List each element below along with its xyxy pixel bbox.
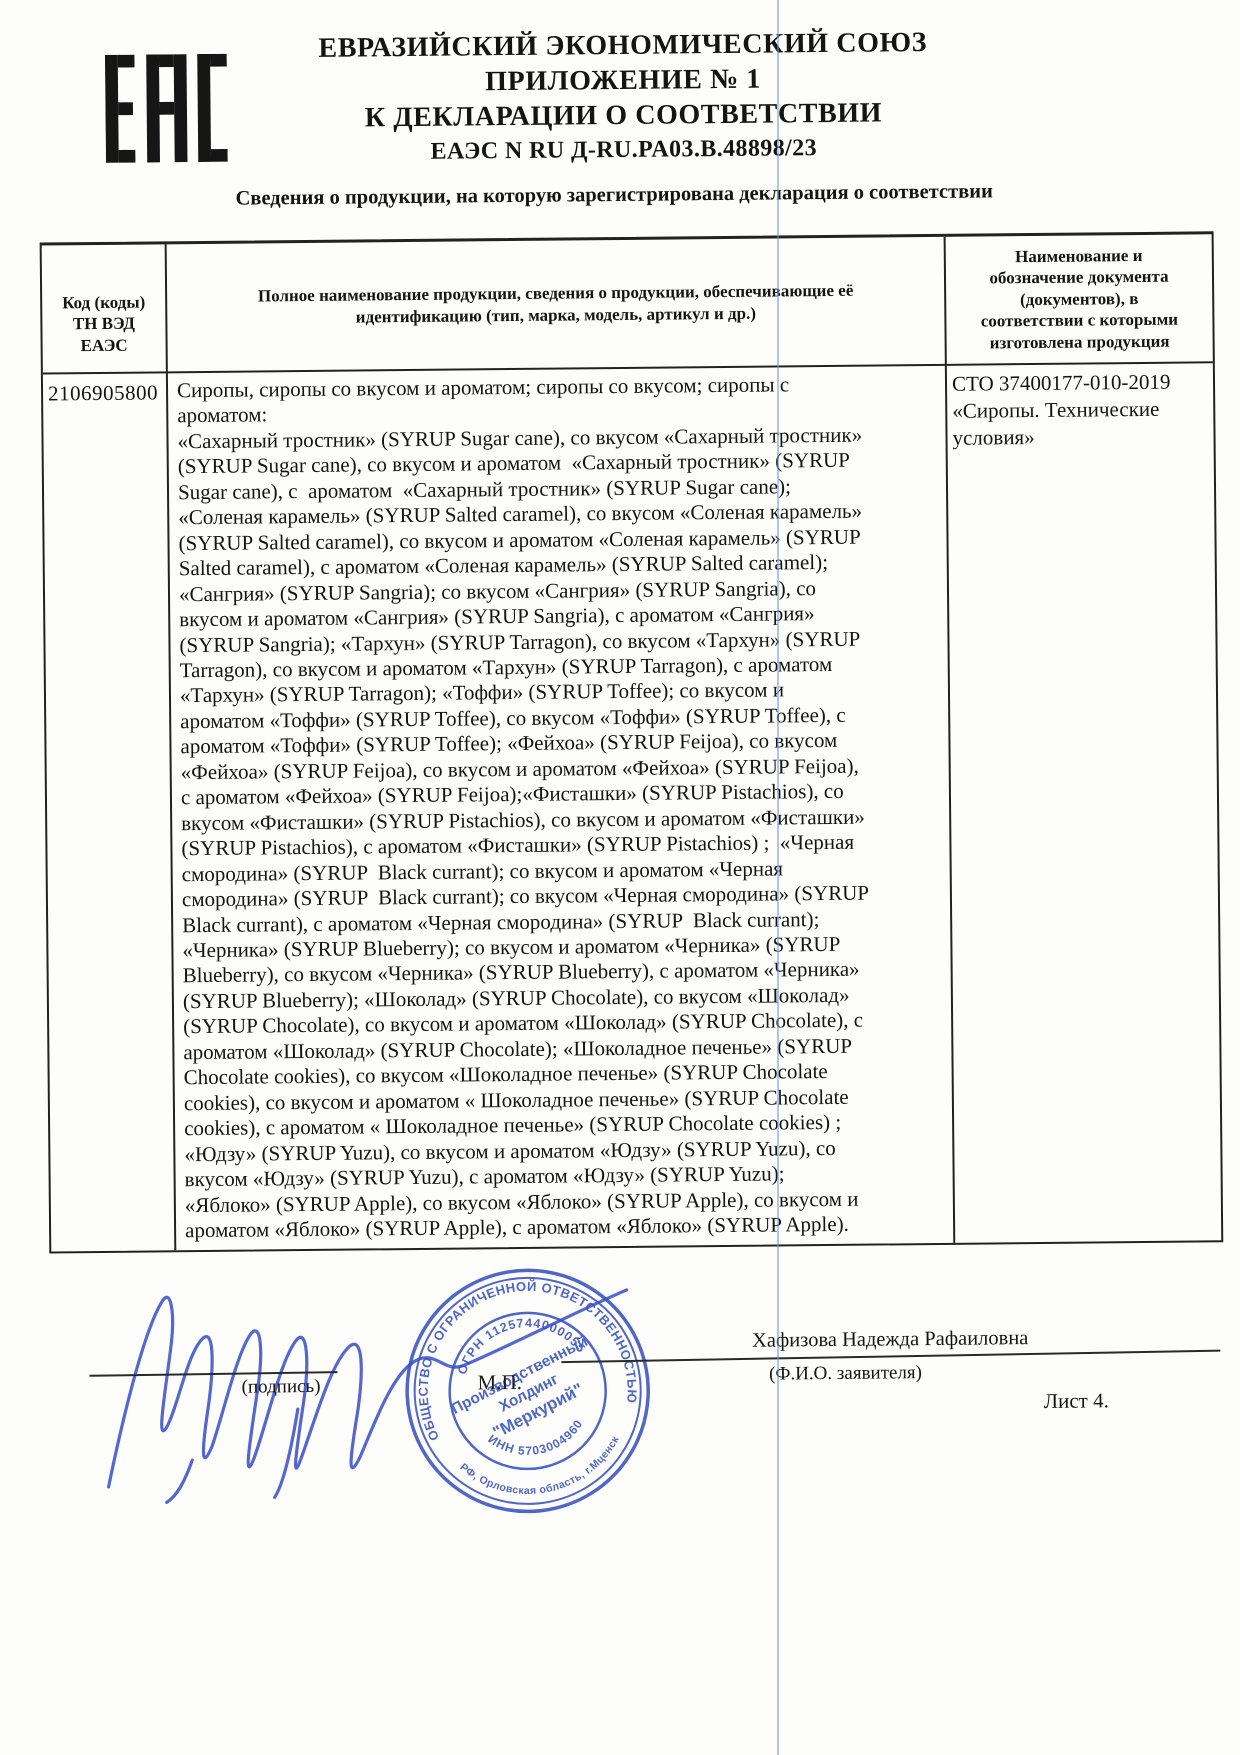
document-content: ЕВРАЗИЙСКИЙ ЭКОНОМИЧЕСКИЙ СОЮЗ ПРИЛОЖЕНИ… [0, 0, 1240, 1755]
table-row-code: 2106905800 [43, 373, 176, 1252]
table-row-document-reference: СТО 37400177-010-2019«Сиропы. Технически… [947, 363, 1221, 1243]
applicant-caption: (Ф.И.О. заявителя) [645, 1361, 1045, 1387]
table-header-document: Наименование иобозначение документа(доку… [946, 234, 1213, 366]
product-table: Код (коды)ТН ВЭД ЕАЭС Полное наименовани… [40, 231, 1224, 1254]
table-row-product-description: Сиропы, сиропы со вкусом и ароматом; сир… [168, 366, 955, 1251]
stamp-place-caption: М.П. [477, 1370, 522, 1395]
signature-caption: (подпись) [242, 1376, 321, 1399]
table-header-code: Код (коды)ТН ВЭД ЕАЭС [42, 244, 168, 374]
header-declaration-title: К ДЕКЛАРАЦИИ О СООТВЕТСТВИИ [273, 95, 973, 137]
document-subtitle: Сведения о продукции, на которую зарегис… [54, 179, 1174, 213]
scanned-document-page: ЕВРАЗИЙСКИЙ ЭКОНОМИЧЕСКИЙ СОЮЗ ПРИЛОЖЕНИ… [0, 0, 1240, 1755]
header-union-title: ЕВРАЗИЙСКИЙ ЭКОНОМИЧЕСКИЙ СОЮЗ [273, 25, 973, 67]
sheet-number: Лист 4. [1044, 1388, 1109, 1414]
company-stamp: ОБЩЕСТВО С ОГРАНИЧЕННОЙ ОТВЕТСТВЕННОСТЬЮ… [400, 1264, 654, 1518]
eac-logo-icon [105, 54, 228, 163]
table-header-product-name: Полное наименование продукции, сведения … [167, 237, 947, 373]
header-declaration-number: ЕАЭС N RU Д-RU.PA03.B.48898/23 [274, 130, 974, 171]
scan-artifact-line [777, 0, 779, 1755]
document-header: ЕВРАЗИЙСКИЙ ЭКОНОМИЧЕСКИЙ СОЮЗ ПРИЛОЖЕНИ… [273, 25, 974, 171]
applicant-name: Хафизова Надежда Рафаиловна [645, 1326, 1135, 1354]
